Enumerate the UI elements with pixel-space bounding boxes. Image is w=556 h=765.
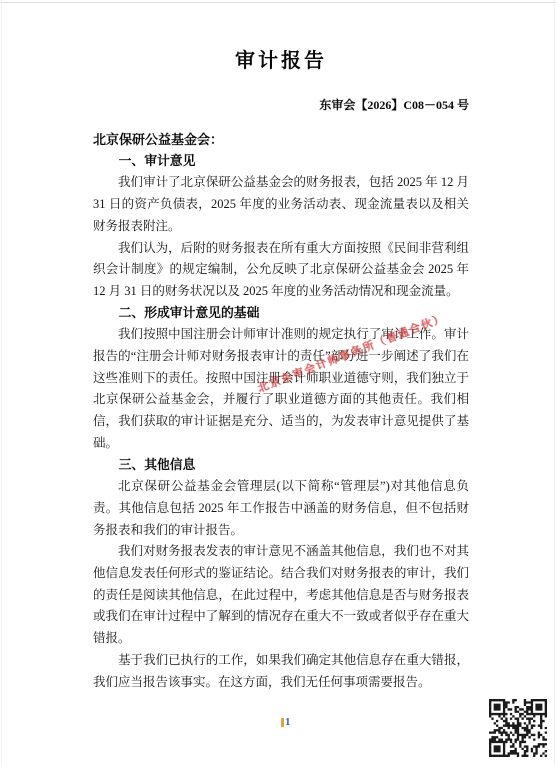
scan-edge-right — [554, 0, 555, 765]
section-heading-audit-opinion: 一、审计意见 — [93, 151, 469, 173]
audit-report-document: 审计报告 东审会【2026】C08－054 号 北京保研公益基金会： 一、审计意… — [93, 0, 469, 693]
document-number: 东审会【2026】C08－054 号 — [93, 97, 469, 113]
qr-code — [489, 699, 547, 757]
paragraph: 我们审计了北京保研公益基金会的财务报表，包括 2025 年 12 月 31 日的… — [93, 172, 469, 237]
paragraph: 我们按照中国注册会计师审计准则的规定执行了审计工作。审计报告的“注册会计师对财务… — [93, 324, 469, 454]
page-number: 1 — [281, 716, 291, 729]
paragraph: 我们认为，后附的财务报表在所有重大方面按照《民间非营利组织会计制度》的规定编制，… — [93, 238, 469, 303]
section-heading-basis-for-opinion: 二、形成审计意见的基础 — [93, 303, 469, 325]
scan-edge-left — [1, 0, 2, 765]
paragraph: 北京保研公益基金会管理层(以下简称“管理层”)对其他信息负责。其他信息包括 20… — [93, 476, 469, 541]
page-title: 审计报告 — [93, 49, 469, 73]
section-heading-other-information: 三、其他信息 — [93, 455, 469, 477]
paragraph: 基于我们已执行的工作，如果我们确定其他信息存在重大错报，我们应当报告该事实。在这… — [93, 650, 469, 693]
recipient-line: 北京保研公益基金会： — [93, 129, 469, 151]
paragraph: 我们对财务报表发表的审计意见不涵盖其他信息，我们也不对其他信息发表任何形式的鉴证… — [93, 541, 469, 650]
